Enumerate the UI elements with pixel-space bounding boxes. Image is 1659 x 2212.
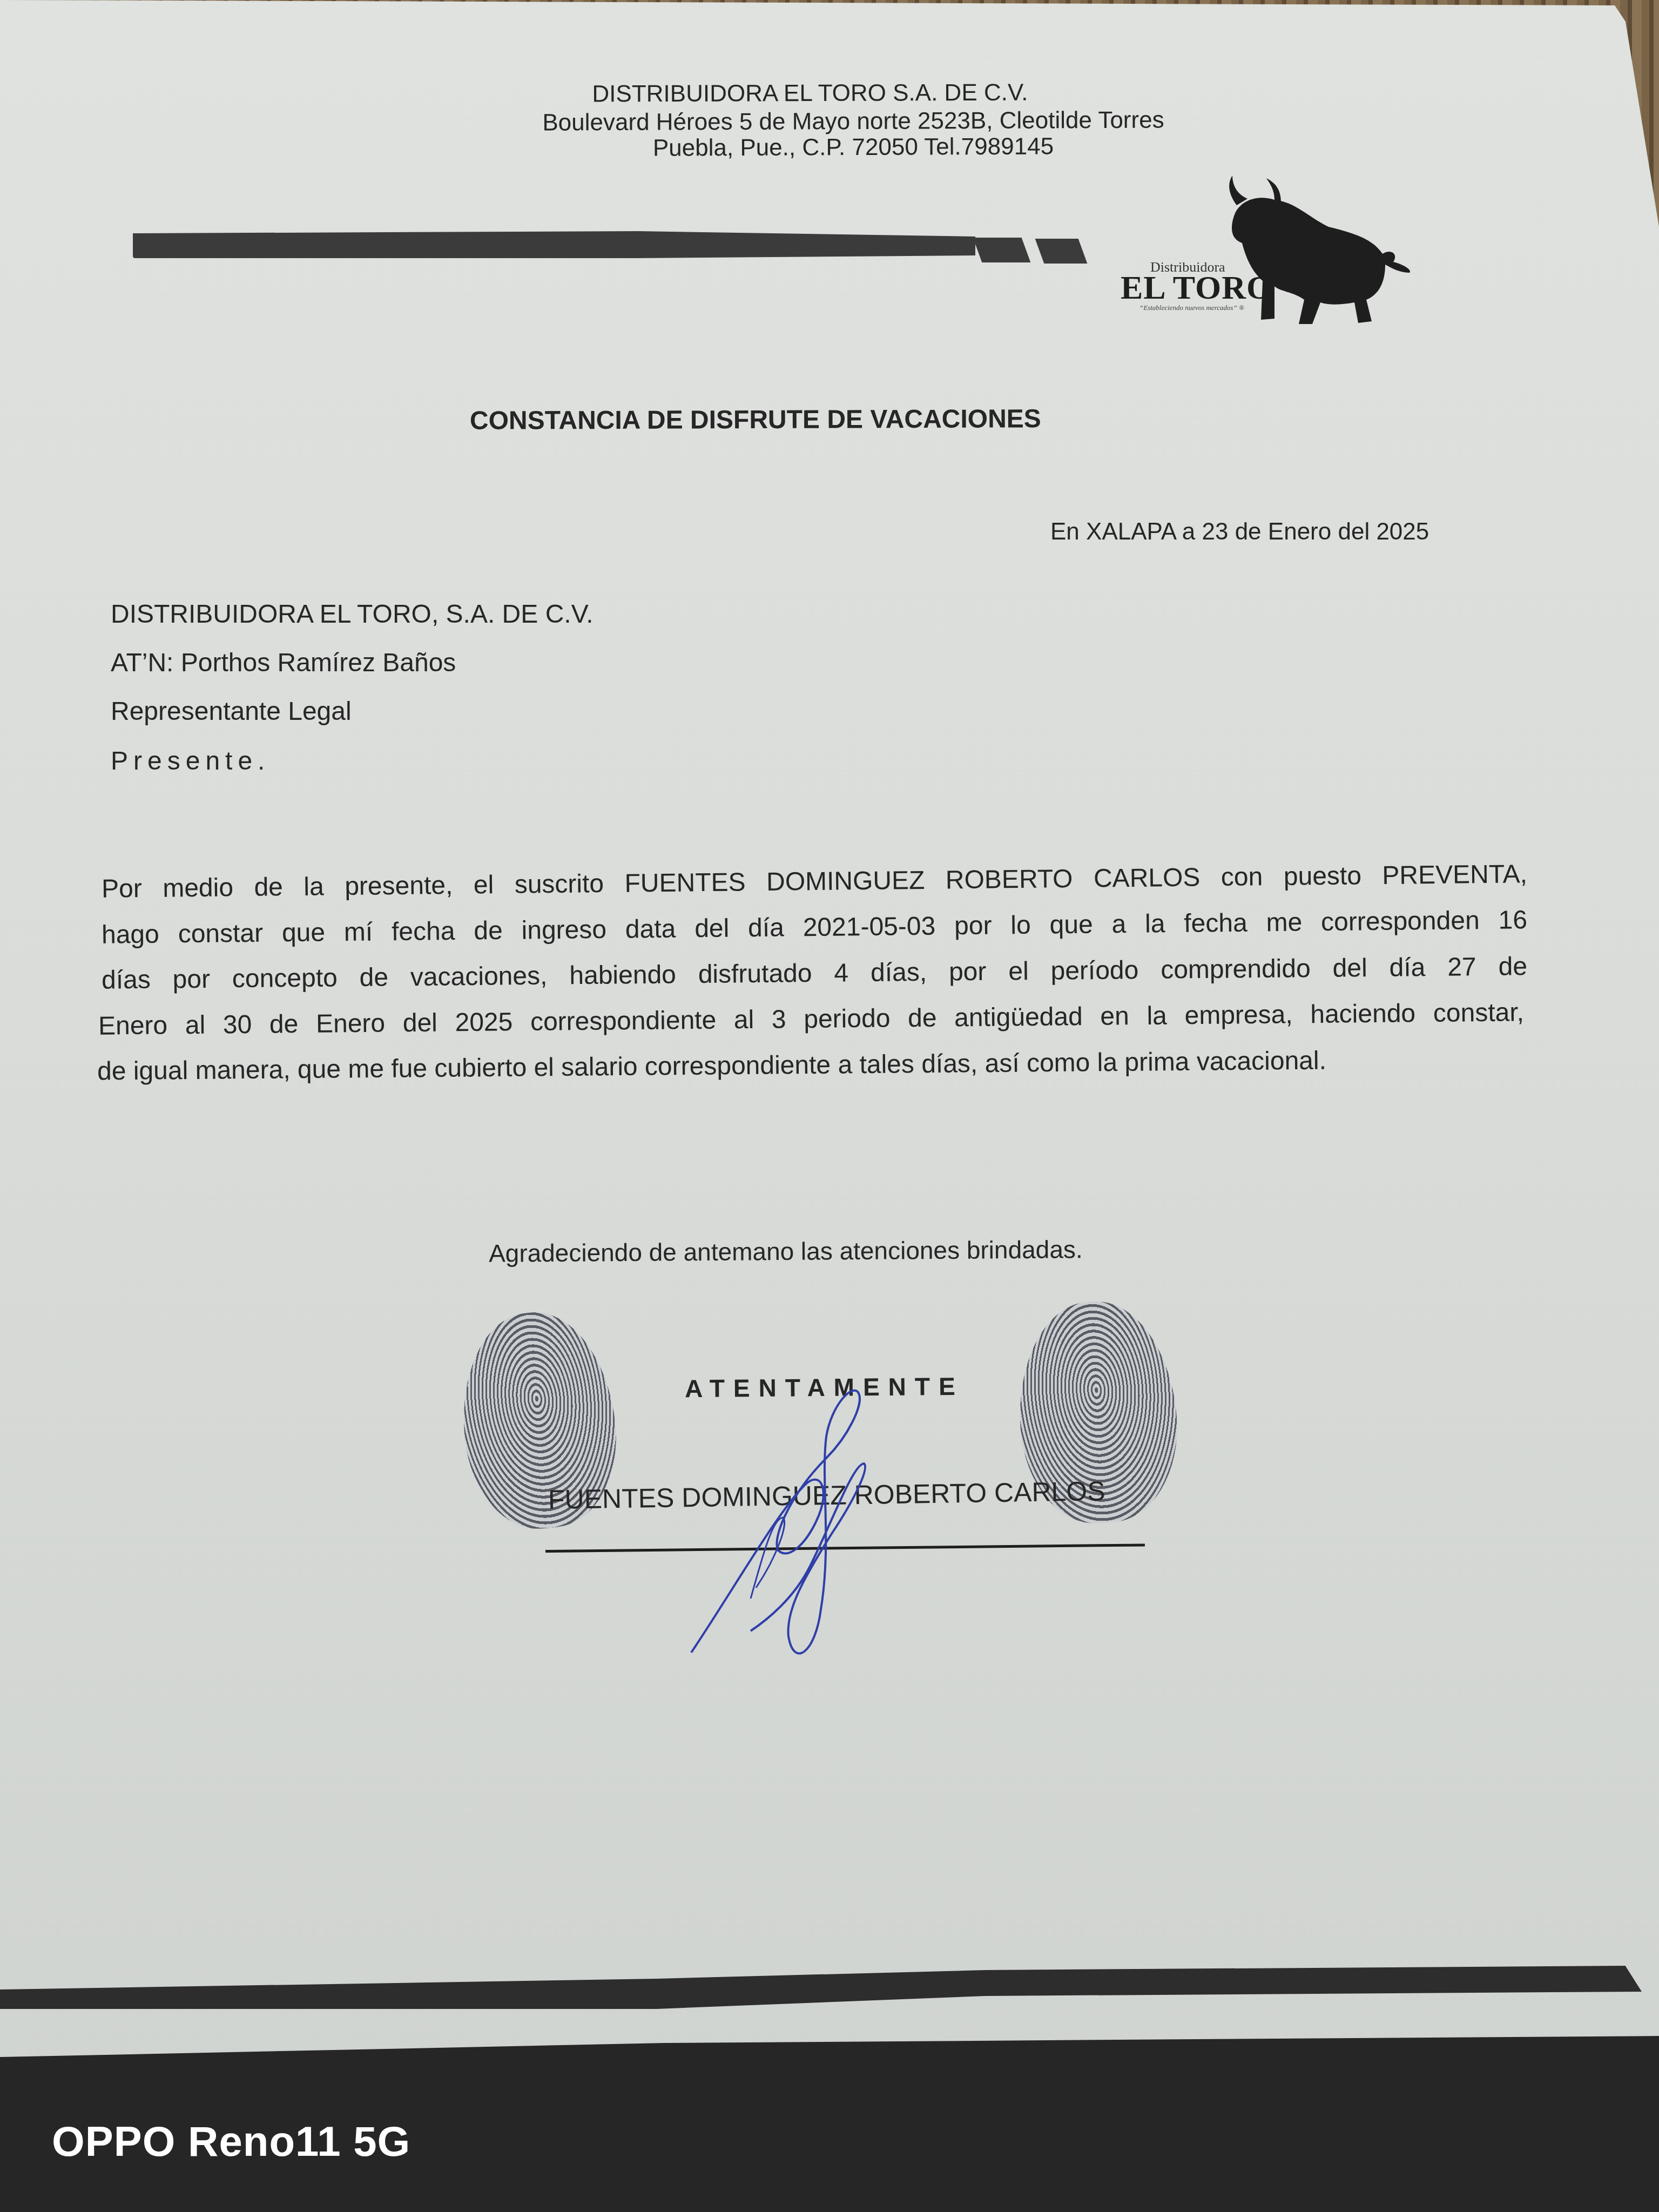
letterhead-address-line2: Puebla, Pue., C.P. 72050 Tel.7989145 [410,132,1296,163]
place-date: En XALAPA a 23 de Enero del 2025 [1050,518,1429,545]
recipient-role: Representante Legal [111,697,352,726]
header-stripe [133,231,975,258]
logo-tagline: “Estableciendo nuevos mercados” ® [1139,304,1244,312]
letterhead-company: DISTRIBUIDORA EL TORO S.A. DE C.V. [540,79,1080,107]
recipient-company: DISTRIBUIDORA EL TORO, S.A. DE C.V. [111,599,594,629]
camera-watermark: OPPO Reno11 5G [52,2117,410,2166]
document-page [0,0,1659,2212]
closing-text: Agradeciendo de antemano las atenciones … [489,1235,1083,1268]
recipient-presente: Presente. [111,746,270,776]
header-stripe-segment [1035,239,1088,264]
header-stripe-segment [973,238,1031,262]
recipient-attention: AT’N: Porthos Ramírez Baños [111,648,456,678]
logo-wordmark: EL TORO [1121,269,1273,307]
document-title: CONSTANCIA DE DISFRUTE DE VACACIONES [470,404,1041,436]
handwritten-signature [670,1382,972,1685]
